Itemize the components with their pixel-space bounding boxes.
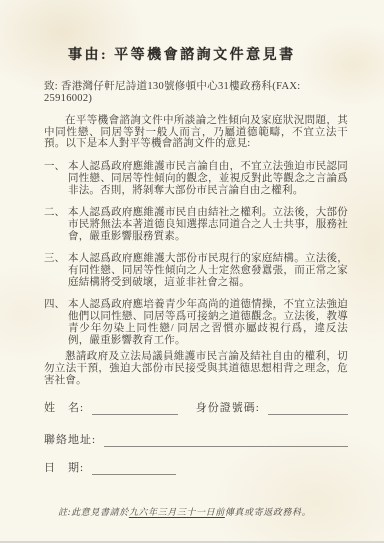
name-field-line <box>92 402 178 415</box>
point-text: 本人認爲政府應維護大部份市民現行的家庭結構。立法後，有同性戀、同居等性傾向之人士… <box>68 253 348 288</box>
point-text: 本人認爲政府應維護市民言論自由，不宜立法強迫市民認同同性戀、同居等性傾向的觀念，… <box>68 161 348 196</box>
name-label: 姓 名: <box>44 399 84 415</box>
date-row: 日 期: <box>44 459 348 475</box>
footnote-deadline: 九六年三月三十一日前 <box>129 507 225 517</box>
date-field-line <box>92 462 176 475</box>
intro-paragraph: 在平等機會諮詢文件中所談論之性傾向及家庭狀況問題，其中同性戀、同居等對一般人而言… <box>44 115 348 150</box>
address-field-line <box>104 434 348 447</box>
point-marker: 一、 <box>44 161 68 196</box>
point-marker: 二、 <box>44 207 68 242</box>
point-text: 本人認爲政府應維護市民自由結社之權利。立法後，大部份市民將無法本著道德良知選擇志… <box>68 207 348 242</box>
id-field-line <box>268 402 348 415</box>
footnote-prefix: 註:此意見書請於 <box>58 507 129 517</box>
point-marker: 三、 <box>44 253 68 288</box>
opinion-point-4: 四、 本人認爲政府應培養青少年高尚的道德情操，不宜立法強迫他們以同性戀、同居等爲… <box>44 299 348 346</box>
date-label: 日 期: <box>44 459 84 475</box>
name-id-row: 姓 名: 身份證號碼: <box>44 399 348 415</box>
opinion-point-1: 一、 本人認爲政府應維護市民言論自由，不宜立法強迫市民認同同性戀、同居等性傾向的… <box>44 161 348 196</box>
address-label: 聯絡地址: <box>44 431 96 447</box>
point-marker: 四、 <box>44 299 68 346</box>
footnote-suffix: 傳真或寄返政務科。 <box>225 507 311 517</box>
opinion-point-2: 二、 本人認爲政府應維護市民自由結社之權利。立法後，大部份市民將無法本著道德良知… <box>44 207 348 242</box>
point-text: 本人認爲政府應培養青少年高尚的道德情操，不宜立法強迫他們以同性戀、同居等爲可接納… <box>68 299 348 346</box>
closing-paragraph: 懇請政府及立法局議員維護市民言論及結社自由的權利，切勿立法干預，強迫大部份市民接… <box>44 351 348 386</box>
recipient-line: 致: 香港灣仔軒尼詩道130號修頓中心31樓政務科(FAX: 25916002) <box>44 78 348 104</box>
id-label: 身份證號碼: <box>196 399 260 415</box>
opinion-point-3: 三、 本人認爲政府應維護大部份市民現行的家庭結構。立法後，有同性戀、同居等性傾向… <box>44 253 348 288</box>
footnote: 註:此意見書請於九六年三月三十一日前傳真或寄返政務科。 <box>58 505 348 518</box>
document-title: 事由: 平等機會諮詢文件意見書 <box>68 44 348 64</box>
scanned-opinion-form: 事由: 平等機會諮詢文件意見書 致: 香港灣仔軒尼詩道130號修頓中心31樓政務… <box>0 0 384 543</box>
address-row: 聯絡地址: <box>44 431 348 447</box>
